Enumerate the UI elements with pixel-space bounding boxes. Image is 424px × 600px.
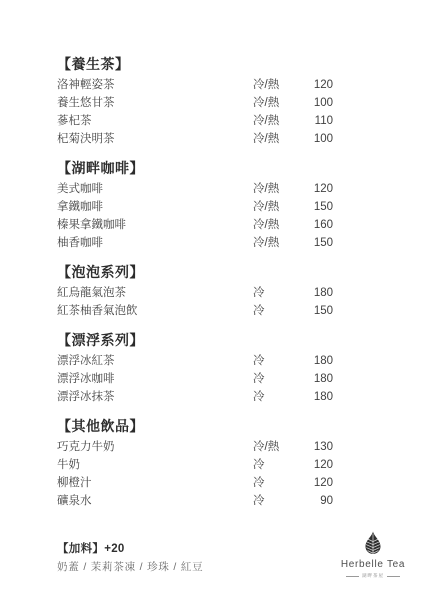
menu-item-row: 牛奶冷120: [57, 456, 333, 474]
item-price: 90: [297, 492, 333, 510]
leaf-icon: [364, 531, 382, 555]
item-price: 120: [297, 76, 333, 94]
item-name: 柳橙汁: [57, 474, 253, 492]
item-price: 150: [297, 198, 333, 216]
item-name: 漂浮冰紅茶: [57, 352, 253, 370]
menu-item-row: 巧克力牛奶冷/熱130: [57, 438, 333, 456]
item-temperature: 冷: [253, 370, 297, 388]
item-name: 柚香咖啡: [57, 234, 253, 252]
addon-footer: 【加料】+20 奶蓋 / 茉莉茶凍 / 珍珠 / 紅豆: [57, 540, 203, 576]
menu-section: 【漂浮系列】漂浮冰紅茶冷180漂浮冰咖啡冷180漂浮冰抹茶冷180: [57, 330, 333, 406]
menu-item-row: 紅烏龍氣泡茶冷180: [57, 284, 333, 302]
menu-item-row: 礦泉水冷90: [57, 492, 333, 510]
item-price: 180: [297, 284, 333, 302]
item-temperature: 冷: [253, 492, 297, 510]
menu-section: 【其他飲品】巧克力牛奶冷/熱130牛奶冷120柳橙汁冷120礦泉水冷90: [57, 416, 333, 510]
menu-item-row: 養生悠甘茶冷/熱100: [57, 94, 333, 112]
section-title: 【其他飲品】: [57, 416, 333, 436]
menu-item-row: 漂浮冰紅茶冷180: [57, 352, 333, 370]
section-title: 【養生茶】: [57, 54, 333, 74]
item-price: 180: [297, 388, 333, 406]
item-temperature: 冷/熱: [253, 198, 297, 216]
item-temperature: 冷/熱: [253, 216, 297, 234]
item-name: 巧克力牛奶: [57, 438, 253, 456]
item-temperature: 冷/熱: [253, 76, 297, 94]
addon-title: 【加料】+20: [57, 540, 203, 558]
item-price: 160: [297, 216, 333, 234]
menu-item-row: 蔘杞茶冷/熱110: [57, 112, 333, 130]
item-name: 紅烏龍氣泡茶: [57, 284, 253, 302]
menu-item-row: 美式咖啡冷/熱120: [57, 180, 333, 198]
item-price: 120: [297, 180, 333, 198]
brand-tagline: 湖畔茶屋: [337, 573, 409, 579]
item-temperature: 冷/熱: [253, 94, 297, 112]
menu-item-row: 柚香咖啡冷/熱150: [57, 234, 333, 252]
menu-item-row: 杞菊決明茶冷/熱100: [57, 130, 333, 148]
menu-item-row: 漂浮冰咖啡冷180: [57, 370, 333, 388]
item-name: 蔘杞茶: [57, 112, 253, 130]
menu-section: 【養生茶】洛神輕姿茶冷/熱120養生悠甘茶冷/熱100蔘杞茶冷/熱110杞菊決明…: [57, 54, 333, 148]
item-name: 美式咖啡: [57, 180, 253, 198]
item-temperature: 冷/熱: [253, 438, 297, 456]
item-temperature: 冷/熱: [253, 130, 297, 148]
item-temperature: 冷: [253, 302, 297, 320]
item-name: 漂浮冰咖啡: [57, 370, 253, 388]
item-temperature: 冷/熱: [253, 112, 297, 130]
brand-tagline-text: 湖畔茶屋: [362, 573, 384, 579]
brand-name: Herbelle Tea: [337, 559, 409, 570]
menu-page: 【養生茶】洛神輕姿茶冷/熱120養生悠甘茶冷/熱100蔘杞茶冷/熱110杞菊決明…: [0, 0, 424, 600]
item-name: 養生悠甘茶: [57, 94, 253, 112]
item-temperature: 冷: [253, 388, 297, 406]
item-price: 110: [297, 112, 333, 130]
item-name: 礦泉水: [57, 492, 253, 510]
menu-item-row: 柳橙汁冷120: [57, 474, 333, 492]
item-name: 榛果拿鐵咖啡: [57, 216, 253, 234]
menu-list: 【養生茶】洛神輕姿茶冷/熱120養生悠甘茶冷/熱100蔘杞茶冷/熱110杞菊決明…: [57, 54, 333, 520]
addon-items: 奶蓋 / 茉莉茶凍 / 珍珠 / 紅豆: [57, 558, 203, 576]
item-price: 120: [297, 474, 333, 492]
menu-section: 【湖畔咖啡】美式咖啡冷/熱120拿鐵咖啡冷/熱150榛果拿鐵咖啡冷/熱160柚香…: [57, 158, 333, 252]
item-price: 180: [297, 370, 333, 388]
item-price: 120: [297, 456, 333, 474]
item-name: 杞菊決明茶: [57, 130, 253, 148]
section-title: 【漂浮系列】: [57, 330, 333, 350]
menu-item-row: 洛神輕姿茶冷/熱120: [57, 76, 333, 94]
menu-item-row: 漂浮冰抹茶冷180: [57, 388, 333, 406]
item-temperature: 冷: [253, 474, 297, 492]
item-name: 紅茶柚香氣泡飲: [57, 302, 253, 320]
item-price: 180: [297, 352, 333, 370]
section-title: 【泡泡系列】: [57, 262, 333, 282]
item-price: 130: [297, 438, 333, 456]
item-price: 150: [297, 302, 333, 320]
item-temperature: 冷: [253, 284, 297, 302]
menu-section: 【泡泡系列】紅烏龍氣泡茶冷180紅茶柚香氣泡飲冷150: [57, 262, 333, 320]
item-name: 漂浮冰抹茶: [57, 388, 253, 406]
menu-item-row: 榛果拿鐵咖啡冷/熱160: [57, 216, 333, 234]
item-name: 拿鐵咖啡: [57, 198, 253, 216]
brand-logo: Herbelle Tea 湖畔茶屋: [337, 531, 409, 579]
item-temperature: 冷: [253, 456, 297, 474]
item-temperature: 冷: [253, 352, 297, 370]
menu-item-row: 紅茶柚香氣泡飲冷150: [57, 302, 333, 320]
tagline-dash-right: [387, 576, 400, 577]
item-name: 牛奶: [57, 456, 253, 474]
item-temperature: 冷/熱: [253, 234, 297, 252]
section-title: 【湖畔咖啡】: [57, 158, 333, 178]
item-name: 洛神輕姿茶: [57, 76, 253, 94]
tagline-dash-left: [346, 576, 359, 577]
item-price: 100: [297, 94, 333, 112]
item-price: 100: [297, 130, 333, 148]
item-price: 150: [297, 234, 333, 252]
item-temperature: 冷/熱: [253, 180, 297, 198]
menu-item-row: 拿鐵咖啡冷/熱150: [57, 198, 333, 216]
